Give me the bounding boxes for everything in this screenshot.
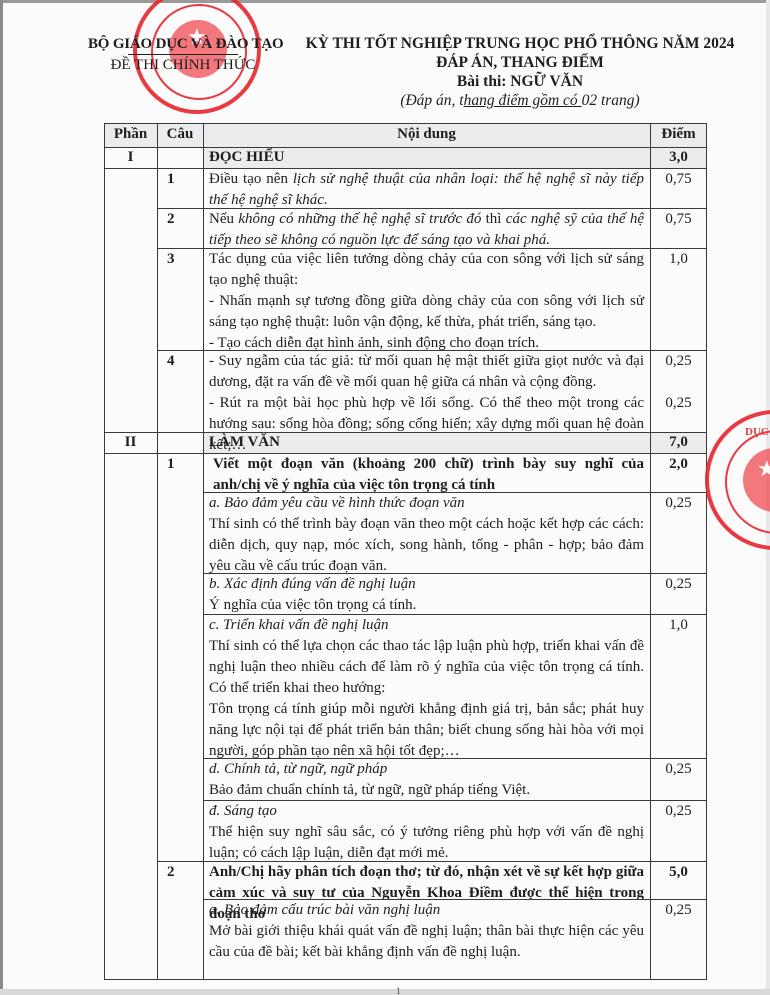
points: 0,25 — [650, 759, 707, 780]
table-border — [157, 350, 707, 351]
criterion-body: Bảo đảm chuẩn chính tả, từ ngữ, ngữ pháp… — [209, 780, 644, 801]
table-border — [157, 123, 158, 980]
issuer-block: BỘ GIÁO DỤC VÀ ĐÀO TẠO ĐỀ THI CHÍNH THỨC — [88, 36, 278, 74]
criterion: đ. Sáng tạo Thể hiện suy nghĩ sâu sắc, c… — [203, 801, 650, 864]
page-edge — [0, 989, 770, 995]
section-part: I — [104, 147, 157, 168]
column-header-question: Câu — [157, 124, 203, 145]
table-border — [706, 123, 707, 980]
points: 2,0 — [650, 454, 707, 475]
criterion-heading: b. Xác định đúng vấn đề nghị luận — [209, 574, 644, 595]
column-header-points: Điểm — [650, 124, 707, 145]
question-number: 2 — [157, 862, 203, 883]
section-part: II — [104, 432, 157, 453]
pages-note-text: (Đáp án, t — [400, 92, 463, 109]
criterion-body: Thí sinh có thể trình bày đoạn văn theo … — [209, 514, 644, 577]
answer-text: Điều tạo nên — [209, 171, 293, 187]
criterion: c. Triển khai vấn đề nghị luận Thí sinh … — [203, 615, 650, 762]
points: 0,25 — [650, 351, 707, 372]
table-border — [203, 123, 204, 980]
criterion-body: Tôn trọng cá tính giúp mỗi người khẳng đ… — [209, 699, 644, 762]
official-label: ĐỀ THI CHÍNH THỨC — [88, 57, 278, 74]
exam-title: KỲ THI TỐT NGHIỆP TRUNG HỌC PHỔ THÔNG NĂ… — [300, 34, 740, 53]
official-seal-stamp: ★ DỤC — [705, 410, 770, 550]
criterion-body: Ý nghĩa của việc tôn trọng cá tính. — [209, 595, 644, 616]
criterion-heading: d. Chính tả, từ ngữ, ngữ pháp — [209, 759, 644, 780]
pages-note: (Đáp án, thang điểm gồm có 02 trang) — [300, 91, 740, 111]
pages-note-underlined: hang điểm gồm có — [464, 92, 582, 109]
answer-content: Điều tạo nên lịch sử nghệ thuật của nhân… — [203, 169, 650, 211]
table-border — [104, 123, 707, 124]
column-header-part: Phần — [104, 124, 157, 145]
table-border — [104, 123, 105, 980]
points: 0,25 — [650, 574, 707, 595]
section-points: 3,0 — [650, 147, 707, 168]
table-border — [203, 573, 707, 574]
answer-text: Nếu — [209, 211, 238, 227]
points: 0,25 — [650, 393, 707, 414]
subject-title: Bài thi: NGỮ VĂN — [300, 72, 740, 91]
answer-key-table: Phần Câu Nội dung Điểm I ĐỌC HIỂU 3,0 1 … — [104, 123, 707, 980]
table-border — [104, 979, 707, 980]
answer-content: Nếu không có những thế hệ nghệ sĩ trước … — [203, 209, 650, 251]
criterion-body: Thí sinh có thể lựa chọn các thao tác lậ… — [209, 636, 644, 699]
answer-line: - Suy ngẫm của tác giả: từ mối quan hệ m… — [209, 351, 644, 393]
ministry-name: BỘ GIÁO DỤC VÀ ĐÀO TẠO — [88, 36, 278, 53]
points: 1,0 — [650, 249, 707, 270]
points: 0,25 — [650, 801, 707, 822]
table-border — [203, 492, 707, 493]
criterion-body: Mở bài giới thiệu khái quát vấn đề nghị … — [209, 921, 644, 963]
section-title: ĐỌC HIỂU — [203, 147, 650, 168]
question-number: 3 — [157, 249, 203, 270]
answer-title: ĐÁP ÁN, THANG ĐIỂM — [300, 53, 740, 72]
section-points: 7,0 — [650, 432, 707, 453]
criterion-heading: a. Bảo đảm cấu trúc bài văn nghị luận — [209, 900, 644, 921]
table-border — [104, 168, 707, 169]
divider — [128, 54, 238, 55]
answer-text: thì — [481, 211, 505, 227]
page-edge — [0, 0, 3, 995]
question-number: 4 — [157, 351, 203, 372]
criterion-heading: đ. Sáng tạo — [209, 801, 644, 822]
criterion: d. Chính tả, từ ngữ, ngữ pháp Bảo đảm ch… — [203, 759, 650, 801]
table-border — [157, 208, 707, 209]
points: 0,25 — [650, 493, 707, 514]
question-prompt: Viết một đoạn văn (khoảng 200 chữ) trình… — [203, 454, 650, 496]
table-border — [104, 453, 707, 454]
section-title: LÀM VĂN — [203, 432, 650, 453]
criterion-heading: c. Triển khai vấn đề nghị luận — [209, 615, 644, 636]
table-border — [203, 800, 707, 801]
table-border — [203, 614, 707, 615]
question-number: 1 — [157, 169, 203, 190]
page-edge — [0, 0, 770, 3]
seal-text: DỤC — [745, 426, 769, 438]
answer-line: - Nhấn mạnh sự tương đồng giữa dòng chảy… — [209, 291, 644, 333]
table-border — [104, 432, 707, 433]
answer-content: Tác dụng của việc liên tưởng dòng chảy c… — [203, 249, 650, 354]
points: 5,0 — [650, 862, 707, 883]
star-icon: ★ — [757, 458, 770, 480]
criterion-heading: a. Bảo đảm yêu cầu về hình thức đoạn văn — [209, 493, 644, 514]
table-border — [203, 758, 707, 759]
points: 0,75 — [650, 209, 707, 230]
criterion-body: Thể hiện suy nghĩ sâu sắc, có ý tưởng ri… — [209, 822, 644, 864]
points: 1,0 — [650, 615, 707, 636]
pages-note-text: 02 trang) — [582, 92, 640, 109]
table-border — [203, 899, 707, 900]
question-number: 1 — [157, 454, 203, 475]
criterion: a. Bảo đảm yêu cầu về hình thức đoạn văn… — [203, 493, 650, 577]
page-number: 1 — [396, 986, 401, 995]
answer-text-italic: không có những thế hệ nghệ sĩ trước đó — [238, 211, 481, 227]
table-border — [157, 248, 707, 249]
table-border — [104, 147, 707, 148]
points: 0,75 — [650, 169, 707, 190]
question-number: 2 — [157, 209, 203, 230]
column-header-content: Nội dung — [203, 124, 650, 145]
answer-line: Tác dụng của việc liên tưởng dòng chảy c… — [209, 249, 644, 291]
table-border — [157, 861, 707, 862]
criterion: a. Bảo đảm cấu trúc bài văn nghị luận Mở… — [203, 900, 650, 963]
exam-heading: KỲ THI TỐT NGHIỆP TRUNG HỌC PHỔ THÔNG NĂ… — [300, 34, 740, 111]
criterion: b. Xác định đúng vấn đề nghị luận Ý nghĩ… — [203, 574, 650, 616]
points: 0,25 — [650, 900, 707, 921]
table-border — [650, 123, 651, 980]
